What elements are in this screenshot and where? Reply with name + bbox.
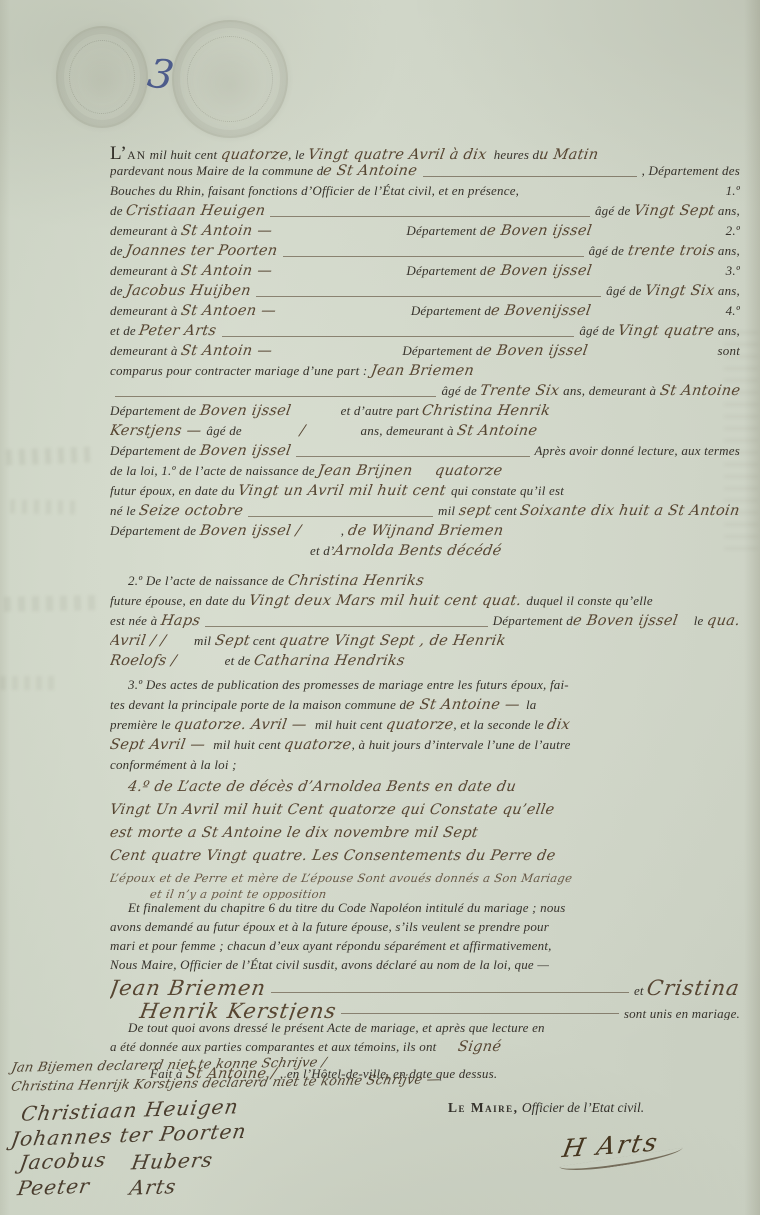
text-line: Sept Avril —mil huit cent quatorze, à hu… — [110, 737, 740, 757]
ink-rule — [222, 336, 575, 337]
handwritten-text: Boven ijssel — [198, 443, 291, 459]
printed-text: né le — [110, 503, 139, 519]
text-line: et il n’y a point te opposition — [110, 887, 740, 900]
printed-text: mil huit cent — [213, 737, 284, 753]
handwritten-text: et il n’y a point te opposition — [149, 887, 328, 900]
handwritten-text: Jacobus Huijben — [125, 283, 252, 299]
printed-text: pardevant nous Maire de la commune d — [110, 163, 323, 179]
printed-text: première le — [110, 717, 174, 733]
handwritten-text: quatre Vingt Sept , de Henrik — [278, 633, 507, 649]
text-line: demeurant à St Antoen —Département de Bo… — [110, 303, 740, 323]
text-line: Jean Briemenet Cristina — [110, 976, 740, 999]
printed-text: et d’ — [310, 543, 334, 559]
printed-text: Département d — [406, 263, 486, 279]
handwritten-text: Catharina Hendriks — [253, 653, 406, 669]
handwritten-text: e Boven ijssel — [485, 223, 592, 239]
text-line: conformément à la loi ; — [110, 757, 740, 777]
printed-text: âgé de — [579, 323, 618, 339]
handwritten-text: Roelofs / — [110, 653, 178, 669]
printed-text: et d’autre part — [341, 403, 423, 419]
printed-text: conformément à la loi ; — [110, 757, 237, 773]
witness-signatures: Jan Bijemen declarerd niet te konne Schr… — [12, 1058, 482, 1201]
handwritten-text: Joannes ter Poorten — [125, 243, 279, 259]
printed-text: demeurant à — [110, 223, 181, 239]
maire-title: Le Maire, Officier de l’Etat civil. — [448, 1100, 738, 1116]
printed-text: âgé de — [441, 383, 480, 399]
handwritten-text: e Boven ijssel — [572, 613, 679, 629]
text-line: future épouse, en date du Vingt deux Mar… — [110, 593, 740, 613]
handwritten-text: Kerstjens — — [110, 423, 208, 439]
printed-text: Nous Maire, Officier de l’État civil sus… — [110, 957, 549, 973]
seal-inner-ring — [69, 40, 136, 115]
printed-text: Département d — [402, 343, 482, 359]
printed-text: De tout quoi avons dressé le présent Act… — [128, 1020, 545, 1036]
printed-text: ans, — [714, 203, 740, 219]
text-line: 2.º De l’acte de naissance de Christina … — [110, 573, 740, 593]
text-line: et de Peter Artsâgé de Vingt quatre ans, — [110, 323, 740, 343]
handwritten-text: Avril / / — [110, 633, 167, 649]
printed-text: 4.º — [726, 303, 740, 319]
printed-text: futur époux, en date du — [110, 483, 238, 499]
handwritten-text: dix — [546, 717, 572, 733]
printed-text: Département d — [406, 223, 486, 239]
text-line: tes devant la principale porte de la mai… — [110, 697, 740, 717]
maire-title-rest: Officier de l’Etat civil. — [519, 1100, 645, 1115]
text-line: Vingt Un Avril mil huit Cent quatorze qu… — [110, 802, 740, 825]
ink-rule — [256, 296, 601, 297]
maire-block: Le Maire, Officier de l’Etat civil. H Ar… — [448, 1100, 738, 1166]
handwritten-text: Vingt quatre — [617, 323, 716, 339]
text-line: est née à HapsDépartement de Boven ijsse… — [110, 613, 740, 633]
handwritten-text: Sept Avril — — [110, 737, 207, 753]
printed-text: âgé de — [595, 203, 634, 219]
handwritten-text: Hubers — [130, 1148, 215, 1175]
printed-text: 1.º — [726, 183, 740, 199]
text-line: a été donnée aux parties comparantes et … — [110, 1039, 740, 1058]
ink-rule — [296, 456, 530, 457]
handwritten-text: Vingt deux Mars mil huit cent quat. — [248, 593, 528, 609]
printed-text: 2.º De l’acte de naissance de — [128, 573, 288, 589]
ink-rule — [423, 176, 637, 177]
handwritten-text: Boven ijssel / — [198, 523, 302, 539]
text-line: de Cristiaan Heuigenâgé de Vingt Sept an… — [110, 203, 740, 223]
printed-text: Bouches du Rhin, faisant fonctions d’Off… — [110, 183, 523, 199]
handwritten-text: Sept — [213, 633, 250, 649]
handwritten-text: Vingt quatre Avril à dix — [307, 147, 488, 163]
handwritten-text: Cristiaan Heuigen — [125, 203, 267, 219]
printed-text: Département d — [411, 303, 491, 319]
handwritten-text: Jean Brijnen — [317, 463, 414, 479]
handwritten-text: Peter Arts — [138, 323, 218, 339]
printed-text: mil — [438, 503, 459, 519]
text-line: Département de Boven ijssel /, de Wijnan… — [110, 523, 740, 543]
printed-text: de la loi, 1.º de l’acte de naissance de — [110, 463, 318, 479]
handwritten-text: Henrik Kerstjens — [138, 999, 338, 1020]
text-line: Nous Maire, Officier de l’État civil sus… — [110, 957, 740, 976]
bleed-through-smudge — [6, 447, 93, 466]
handwritten-text: St Antoine — [658, 383, 740, 399]
text-line: Bouches du Rhin, faisant fonctions d’Off… — [110, 183, 740, 203]
printed-text: qui constate qu’il est — [451, 483, 564, 499]
printed-text: mari et pour femme ; chacun d’eux ayant … — [110, 938, 552, 954]
printed-text: 3.º — [726, 263, 740, 279]
printed-text: ans, — [714, 283, 740, 299]
printed-text: sont — [718, 343, 740, 359]
handwritten-text: Peeter — [16, 1174, 92, 1200]
handwritten-text: St Antoen — — [180, 303, 278, 319]
printed-text: cent — [491, 503, 520, 519]
text-line: de Joannes ter Poortenâgé de trente troi… — [110, 243, 740, 263]
folio-number: 3 — [145, 50, 177, 99]
text-line: Avril / /mil Sept cent quatre Vingt Sept… — [110, 633, 740, 653]
text-line: JacobusHubers — [12, 1149, 482, 1175]
text-line: né le Seize octobremil sept cent Soixant… — [110, 503, 740, 523]
act-body-text: L’AN mil huit cent quatorze, le Vingt qu… — [110, 143, 740, 1086]
text-line: pardevant nous Maire de la commune de St… — [110, 163, 740, 183]
ink-rule — [115, 396, 436, 397]
handwritten-text: Jacobus — [18, 1148, 108, 1175]
handwritten-text: Vingt Sept — [633, 203, 716, 219]
printed-text: âgé de — [606, 283, 645, 299]
ink-rule — [205, 626, 488, 627]
printed-text: , à huit jours d’intervale l’une de l’au… — [352, 737, 571, 753]
printed-text: Département de — [110, 403, 200, 419]
handwritten-text: St Antoin — — [180, 263, 274, 279]
bleed-through-smudge — [10, 499, 80, 514]
printed-text: demeurant à — [110, 343, 181, 359]
seal-inner-ring — [187, 36, 272, 123]
handwritten-text: de Wijnand Briemen — [346, 523, 504, 539]
printed-text: et de — [110, 323, 139, 339]
printed-text: Département d — [493, 613, 573, 629]
handwritten-text: Trente Six — [479, 383, 561, 399]
handwritten-text: quatorze — [434, 463, 504, 479]
embossed-seal-right — [172, 20, 288, 138]
handwritten-text: Vingt Six — [644, 283, 716, 299]
printed-text: ans, demeurant à — [361, 423, 458, 439]
printed-text: cent — [249, 633, 278, 649]
printed-text: ans, — [714, 243, 740, 259]
text-line: Henrik Kerstjenssont unis en mariage. — [110, 999, 740, 1020]
handwritten-text: Christina Henrik — [421, 403, 552, 419]
printed-text: L’ — [110, 143, 127, 163]
handwritten-text: Vingt Un Avril mil huit Cent quatorze qu… — [110, 802, 556, 818]
text-line: demeurant à St Antoin —Département de Bo… — [110, 343, 740, 363]
handwritten-text: Jan Bijemen declarerd niet te konne Schr… — [10, 1055, 328, 1075]
ink-rule — [248, 516, 433, 517]
printed-text: , et la seconde le — [453, 717, 547, 733]
text-line: âgé de Trente Six ans, demeurant à St An… — [110, 383, 740, 403]
printed-text: comparus pour contracter mariage d’une p… — [110, 363, 371, 379]
text-line: de Jacobus Huijbenâgé de Vingt Six ans, — [110, 283, 740, 303]
text-line: Johannes ter Poorten — [12, 1123, 482, 1149]
handwritten-text: Seize octobre — [138, 503, 245, 519]
ink-rule — [283, 256, 584, 257]
printed-text: duquel il conste qu’elle — [526, 593, 652, 609]
text-line: de la loi, 1.º de l’acte de naissance de… — [110, 463, 740, 483]
bleed-through-smudge — [0, 676, 60, 690]
printed-text: Et finalement du chapitre 6 du titre du … — [128, 900, 566, 916]
text-line: Et finalement du chapitre 6 du titre du … — [110, 900, 740, 919]
text-line: De tout quoi avons dressé le présent Act… — [110, 1020, 740, 1039]
text-line: comparus pour contracter mariage d’une p… — [110, 363, 740, 383]
handwritten-text: e St Antoine — — [405, 697, 521, 713]
text-line: L’époux et de Perre et mère de L’épouse … — [110, 871, 740, 887]
handwritten-text: Jean Briemen — [110, 976, 268, 999]
text-line: première le quatorze. Avril —mil huit ce… — [110, 717, 740, 737]
printed-text: , Département des — [642, 163, 740, 179]
handwritten-text: Haps — [159, 613, 201, 629]
maire-title-caps: Le Maire, — [448, 1100, 519, 1115]
handwritten-text: e Bovenijssel — [490, 303, 592, 319]
printed-text: le — [694, 613, 707, 629]
printed-text: de — [110, 203, 126, 219]
printed-text: demeurant à — [110, 303, 181, 319]
handwritten-text: qua. — [706, 613, 740, 629]
ink-rule — [341, 1013, 618, 1014]
text-line: Christina Henrijk Korstjens declarerd ni… — [12, 1076, 482, 1098]
printed-text: est née à — [110, 613, 161, 629]
handwritten-text: quatorze — [385, 717, 455, 733]
handwritten-text: L’époux et de Perre et mère de L’épouse … — [110, 871, 573, 885]
text-line: et d’Arnolda Bents décédé — [110, 543, 740, 563]
text-line: mari et pour femme ; chacun d’eux ayant … — [110, 938, 740, 957]
printed-text: âgé de — [206, 423, 245, 439]
text-line: avons demandé au futur époux et à la fut… — [110, 919, 740, 938]
printed-text: Département de — [110, 443, 200, 459]
printed-text: la — [526, 697, 537, 713]
handwritten-text: / — [299, 423, 307, 439]
printed-text: tes devant la principale porte de la mai… — [110, 697, 406, 713]
text-line: Cent quatre Vingt quatre. Les Consenteme… — [110, 848, 740, 871]
printed-text: de — [110, 243, 126, 259]
handwritten-text: Signé — [457, 1039, 503, 1055]
text-line: L’AN mil huit cent quatorze, le Vingt qu… — [110, 143, 740, 163]
scanned-marriage-act-page: 3 L’AN mil huit cent quatorze, le Vingt … — [0, 0, 760, 1215]
handwritten-text: quatorze — [283, 737, 353, 753]
printed-text: a été donnée aux parties comparantes et … — [110, 1039, 440, 1055]
text-line: futur époux, en date du Vingt un Avril m… — [110, 483, 740, 503]
printed-text: mil huit cent — [146, 147, 221, 163]
handwritten-text: e St Antoine — [322, 163, 419, 179]
printed-text: ans, — [714, 323, 740, 339]
handwritten-text: e Boven ijssel — [485, 263, 592, 279]
ink-rule — [271, 992, 629, 993]
handwritten-text: St Antoine — [456, 423, 539, 439]
text-line: Département de Boven ijsselAprès avoir d… — [110, 443, 740, 463]
text-line: est morte a St Antoine le dix novembre m… — [110, 825, 740, 848]
printed-text: Département de — [110, 523, 200, 539]
printed-text: Après avoir donné lecture, aux termes — [535, 443, 740, 459]
handwritten-text: Cent quatre Vingt quatre. Les Consenteme… — [110, 848, 557, 864]
ink-rule — [270, 216, 590, 217]
text-line: 4.º de L’acte de décès d’Arnoldea Bents … — [110, 779, 740, 802]
bleed-through-smudge — [4, 595, 96, 612]
text-line: demeurant à St Antoin —Département de Bo… — [110, 263, 740, 283]
handwritten-text: Jean Briemen — [370, 363, 476, 379]
handwritten-text: 4.º de L’acte de décès d’Arnoldea Bents … — [127, 779, 518, 795]
handwritten-text: Boven ijssel — [198, 403, 291, 419]
text-line: Kerstjens — âgé de /ans, demeurant à St … — [110, 423, 740, 443]
handwritten-text: Cristina — [645, 976, 740, 999]
text-line: PeeterArts — [12, 1175, 482, 1201]
handwritten-text: est morte a St Antoine le dix novembre m… — [110, 825, 479, 841]
printed-text: âgé de — [589, 243, 628, 259]
printed-text: de — [110, 283, 126, 299]
handwritten-text: sept — [457, 503, 492, 519]
printed-text: mil huit cent — [315, 717, 386, 733]
handwritten-text: quatorze. Avril — — [173, 717, 308, 733]
printed-text: sont unis en mariage. — [624, 1006, 740, 1020]
printed-text: avons demandé au futur époux et à la fut… — [110, 919, 549, 935]
maire-signature: H Arts — [559, 1126, 687, 1170]
printed-text: demeurant à — [110, 263, 181, 279]
handwritten-text: St Antoin — — [180, 343, 274, 359]
handwritten-text: Arts — [128, 1174, 178, 1200]
printed-text: heures d — [487, 147, 539, 163]
printed-text: AN — [127, 150, 146, 162]
handwritten-text: Vingt un Avril mil huit cent — [237, 483, 452, 499]
printed-text: , le — [288, 147, 308, 163]
text-line: 3.º Des actes de publication des promess… — [110, 677, 740, 697]
handwritten-text: Soixante dix huit a St Antoin — [519, 503, 740, 519]
printed-text: 3.º Des actes de publication des promess… — [128, 677, 569, 693]
printed-text: future épouse, en date du — [110, 593, 249, 609]
handwritten-text: Arnolda Bents décédé — [333, 543, 503, 559]
embossed-seal-left — [56, 26, 148, 128]
handwritten-text: quatorze — [219, 147, 289, 163]
text-line: Département de Boven ijsselet d’autre pa… — [110, 403, 740, 423]
text-line: Roelofs /et de Catharina Hendriks — [110, 653, 740, 673]
printed-text: mil — [194, 633, 215, 649]
printed-text: ans, demeurant à — [560, 383, 660, 399]
handwritten-text: Christina Henriks — [287, 573, 426, 589]
handwritten-text: St Antoin — — [180, 223, 274, 239]
printed-text: et de — [225, 653, 254, 669]
handwritten-text: Christina Henrijk Korstjens declarerd ni… — [10, 1072, 442, 1094]
text-line: demeurant à St Antoin —Département de Bo… — [110, 223, 740, 243]
handwritten-text: u Matin — [538, 147, 600, 163]
handwritten-text: e Boven ijssel — [481, 343, 588, 359]
printed-text: 2.º — [726, 223, 740, 239]
handwritten-text: trente trois — [626, 243, 715, 259]
